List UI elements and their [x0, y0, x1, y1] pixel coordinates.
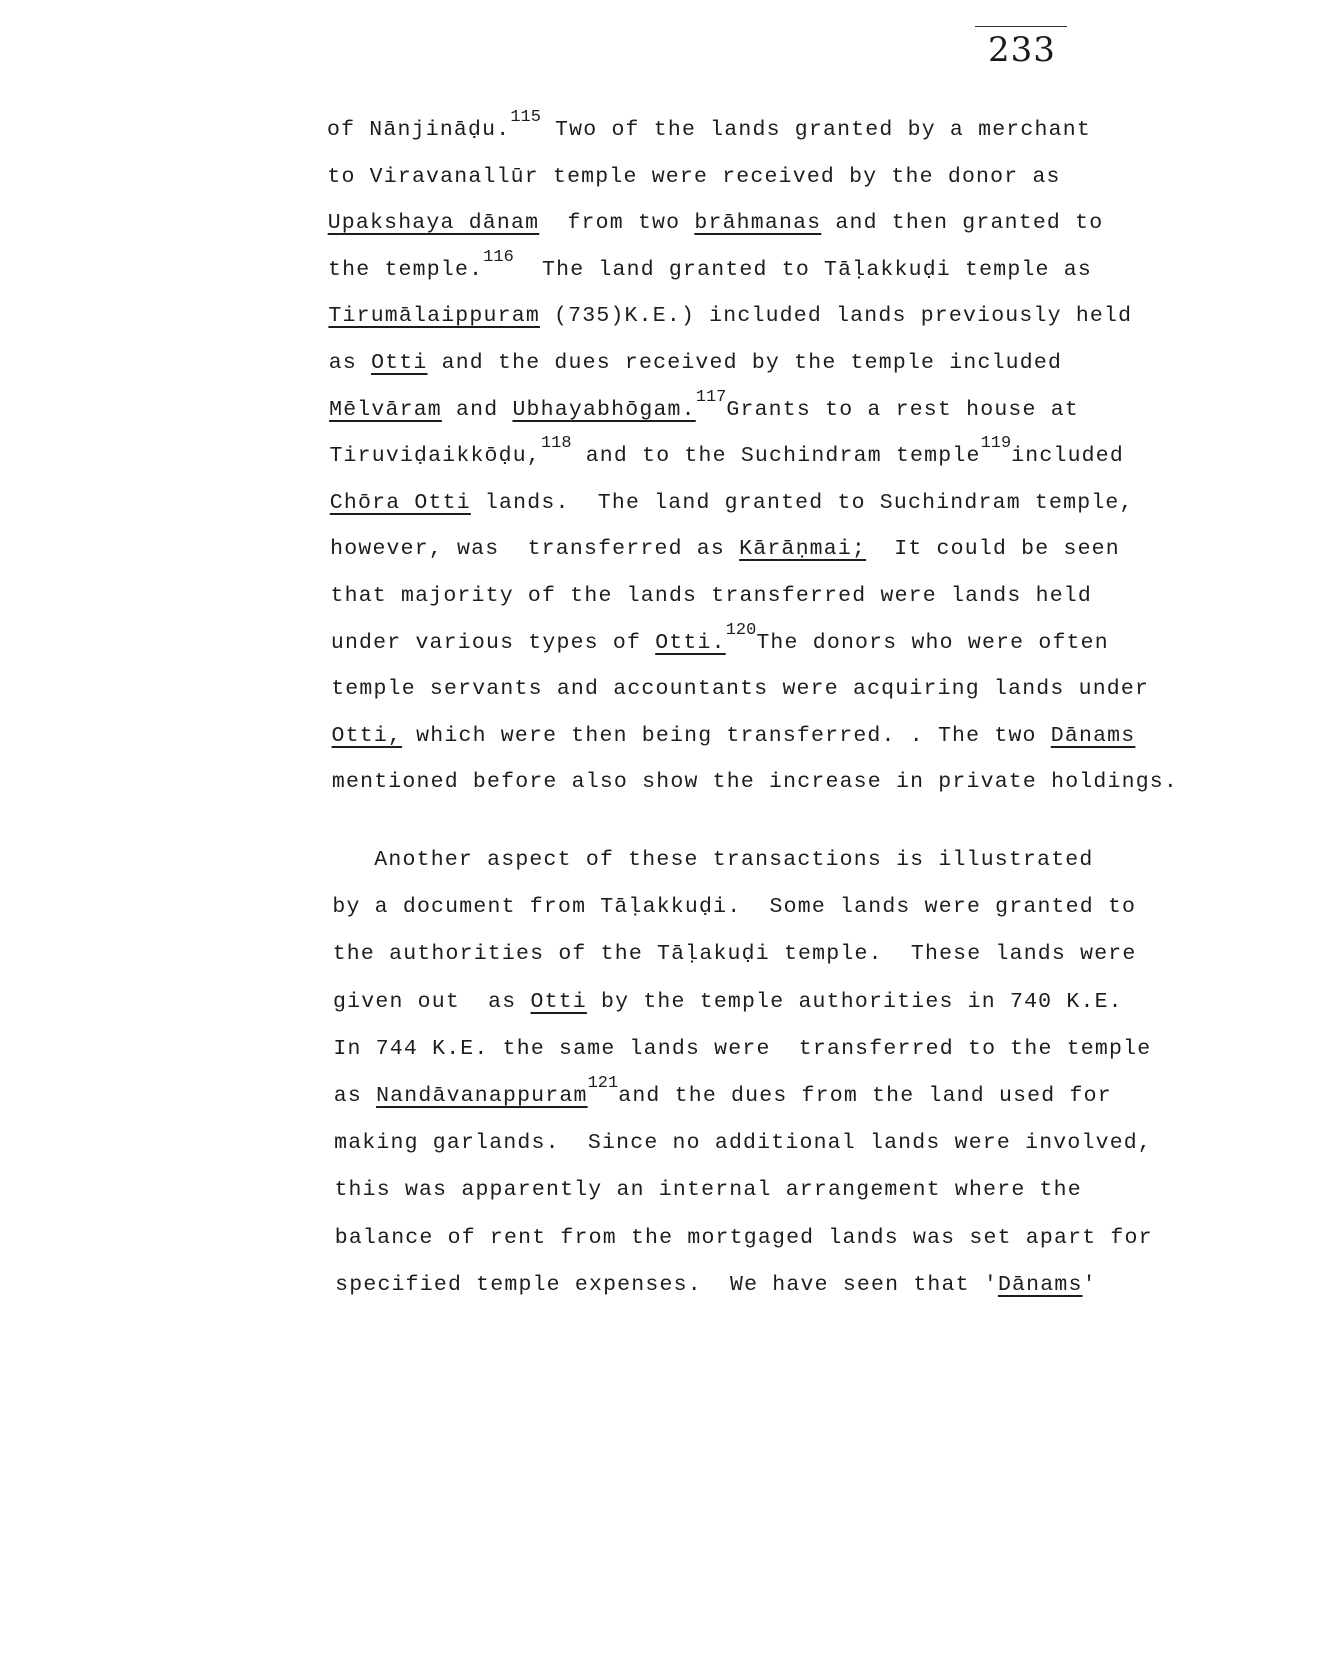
underlined-term: Otti.: [655, 631, 726, 655]
text-line: Otti, which were then being transferred.…: [332, 724, 1136, 748]
footnote-marker: 117: [696, 388, 727, 407]
text-line: balance of rent from the mortgaged lands…: [335, 1226, 1153, 1250]
text-line: Mēlvāram and Ubhayabhōgam.117Grants to a…: [329, 398, 1079, 422]
underlined-term: Otti: [371, 351, 427, 375]
text-line: Tiruviḍaikkōḍu,118 and to the Suchindram…: [329, 444, 1124, 468]
text-run: by the temple authorities in 740 K.E.: [587, 990, 1123, 1014]
text-line: Another aspect of these transactions is …: [332, 848, 1094, 872]
text-run: however, was transferred as: [330, 537, 739, 561]
text-run: and then granted to: [821, 211, 1103, 235]
footnote-marker: 120: [726, 621, 757, 640]
page-number: 233: [988, 30, 1056, 70]
text-line: mentioned before also show the increase …: [332, 770, 1178, 794]
underlined-term: Otti,: [332, 724, 403, 748]
text-line: specified temple expenses. We have seen …: [335, 1273, 1097, 1297]
footnote-marker: 121: [588, 1074, 619, 1093]
text-run: given out as: [333, 990, 530, 1014]
text-line: the authorities of the Tāḷakuḍi temple. …: [333, 942, 1137, 966]
text-run: this was apparently an internal arrangem…: [334, 1178, 1081, 1202]
text-line: as Otti and the dues received by the tem…: [329, 351, 1062, 375]
footnote-marker: 115: [510, 108, 541, 127]
text-line: as Nandāvanappuram121and the dues from t…: [334, 1084, 1112, 1108]
text-run: Grants to a rest house at: [726, 398, 1079, 422]
underlined-term: Tirumālaippuram: [328, 304, 540, 328]
text-line: under various types of Otti.120The donor…: [331, 631, 1109, 655]
text-run: Another aspect of these transactions is …: [332, 848, 1094, 872]
text-run: The land granted to Tāḷakkuḍi temple as: [514, 258, 1092, 282]
text-line: by a document from Tāḷakkuḍi. Some lands…: [332, 895, 1136, 919]
underlined-term: Chōra Otti: [330, 491, 471, 515]
underlined-term: Ubhayabhōgam.: [512, 398, 695, 422]
text-run: under various types of: [331, 631, 655, 655]
text-run: It could be seen: [866, 537, 1120, 561]
footnote-marker: 119: [981, 434, 1012, 453]
underlined-term: Dānams: [998, 1273, 1083, 1297]
text-run: Two of the lands granted by a merchant: [541, 118, 1091, 142]
underlined-term: Dānams: [1051, 724, 1136, 748]
text-line: Upakshaya dānam from two brāhmanas and t…: [328, 211, 1104, 235]
text-line: temple servants and accountants were acq…: [331, 677, 1149, 701]
text-run: Tiruviḍaikkōḍu,: [329, 444, 541, 468]
text-run: of Nānjināḍu.: [327, 118, 510, 142]
footnote-marker: 118: [541, 434, 572, 453]
text-run: balance of rent from the mortgaged lands…: [335, 1226, 1153, 1250]
page-number-rule: [975, 26, 1067, 27]
text-run: as: [334, 1084, 376, 1108]
text-run: mentioned before also show the increase …: [332, 770, 1178, 794]
underlined-term: brāhmanas: [694, 211, 821, 235]
text-run: and: [442, 398, 513, 422]
text-run: In 744 K.E. the same lands were transfer…: [333, 1037, 1151, 1061]
text-run: to Viravanallūr temple were received by …: [327, 165, 1060, 189]
underlined-term: Kārāṇmai;: [739, 537, 866, 561]
text-line: of Nānjināḍu.115 Two of the lands grante…: [327, 118, 1091, 142]
text-run: lands. The land granted to Suchindram te…: [471, 491, 1134, 515]
text-run: from two: [539, 211, 694, 235]
text-line: to Viravanallūr temple were received by …: [327, 165, 1060, 189]
text-run: as: [329, 351, 371, 375]
text-line: In 744 K.E. the same lands were transfer…: [333, 1037, 1151, 1061]
text-run: which were then being transferred. . The…: [402, 724, 1051, 748]
text-run: The donors who were often: [756, 631, 1109, 655]
text-run: specified temple expenses. We have seen …: [335, 1273, 998, 1297]
underlined-term: Upakshaya dānam: [328, 211, 540, 235]
text-line: that majority of the lands transferred w…: [331, 584, 1093, 608]
text-run: temple servants and accountants were acq…: [331, 677, 1149, 701]
text-line: Tirumālaippuram (735)K.E.) included land…: [328, 304, 1132, 328]
text-line: Chōra Otti lands. The land granted to Su…: [330, 491, 1134, 515]
text-line: making garlands. Since no additional lan…: [334, 1131, 1152, 1155]
text-run: and to the Suchindram temple: [572, 444, 981, 468]
text-line: however, was transferred as Kārāṇmai; It…: [330, 537, 1120, 561]
text-run: making garlands. Since no additional lan…: [334, 1131, 1152, 1155]
footnote-marker: 116: [483, 248, 514, 267]
text-run: (735)K.E.) included lands previously hel…: [540, 304, 1132, 328]
text-run: the authorities of the Tāḷakuḍi temple. …: [333, 942, 1137, 966]
text-run: the temple.: [328, 258, 483, 282]
underlined-term: Otti: [530, 990, 586, 1014]
text-run: ': [1083, 1273, 1097, 1297]
text-run: that majority of the lands transferred w…: [331, 584, 1093, 608]
text-run: and the dues received by the temple incl…: [427, 351, 1062, 375]
text-run: included: [1011, 444, 1124, 468]
text-line: given out as Otti by the temple authorit…: [333, 990, 1123, 1014]
text-run: and the dues from the land used for: [618, 1084, 1112, 1108]
text-line: this was apparently an internal arrangem…: [334, 1178, 1081, 1202]
text-run: by a document from Tāḷakkuḍi. Some lands…: [332, 895, 1136, 919]
text-line: the temple.116 The land granted to Tāḷak…: [328, 258, 1092, 282]
underlined-term: Nandāvanappuram: [376, 1084, 588, 1108]
underlined-term: Mēlvāram: [329, 398, 442, 422]
